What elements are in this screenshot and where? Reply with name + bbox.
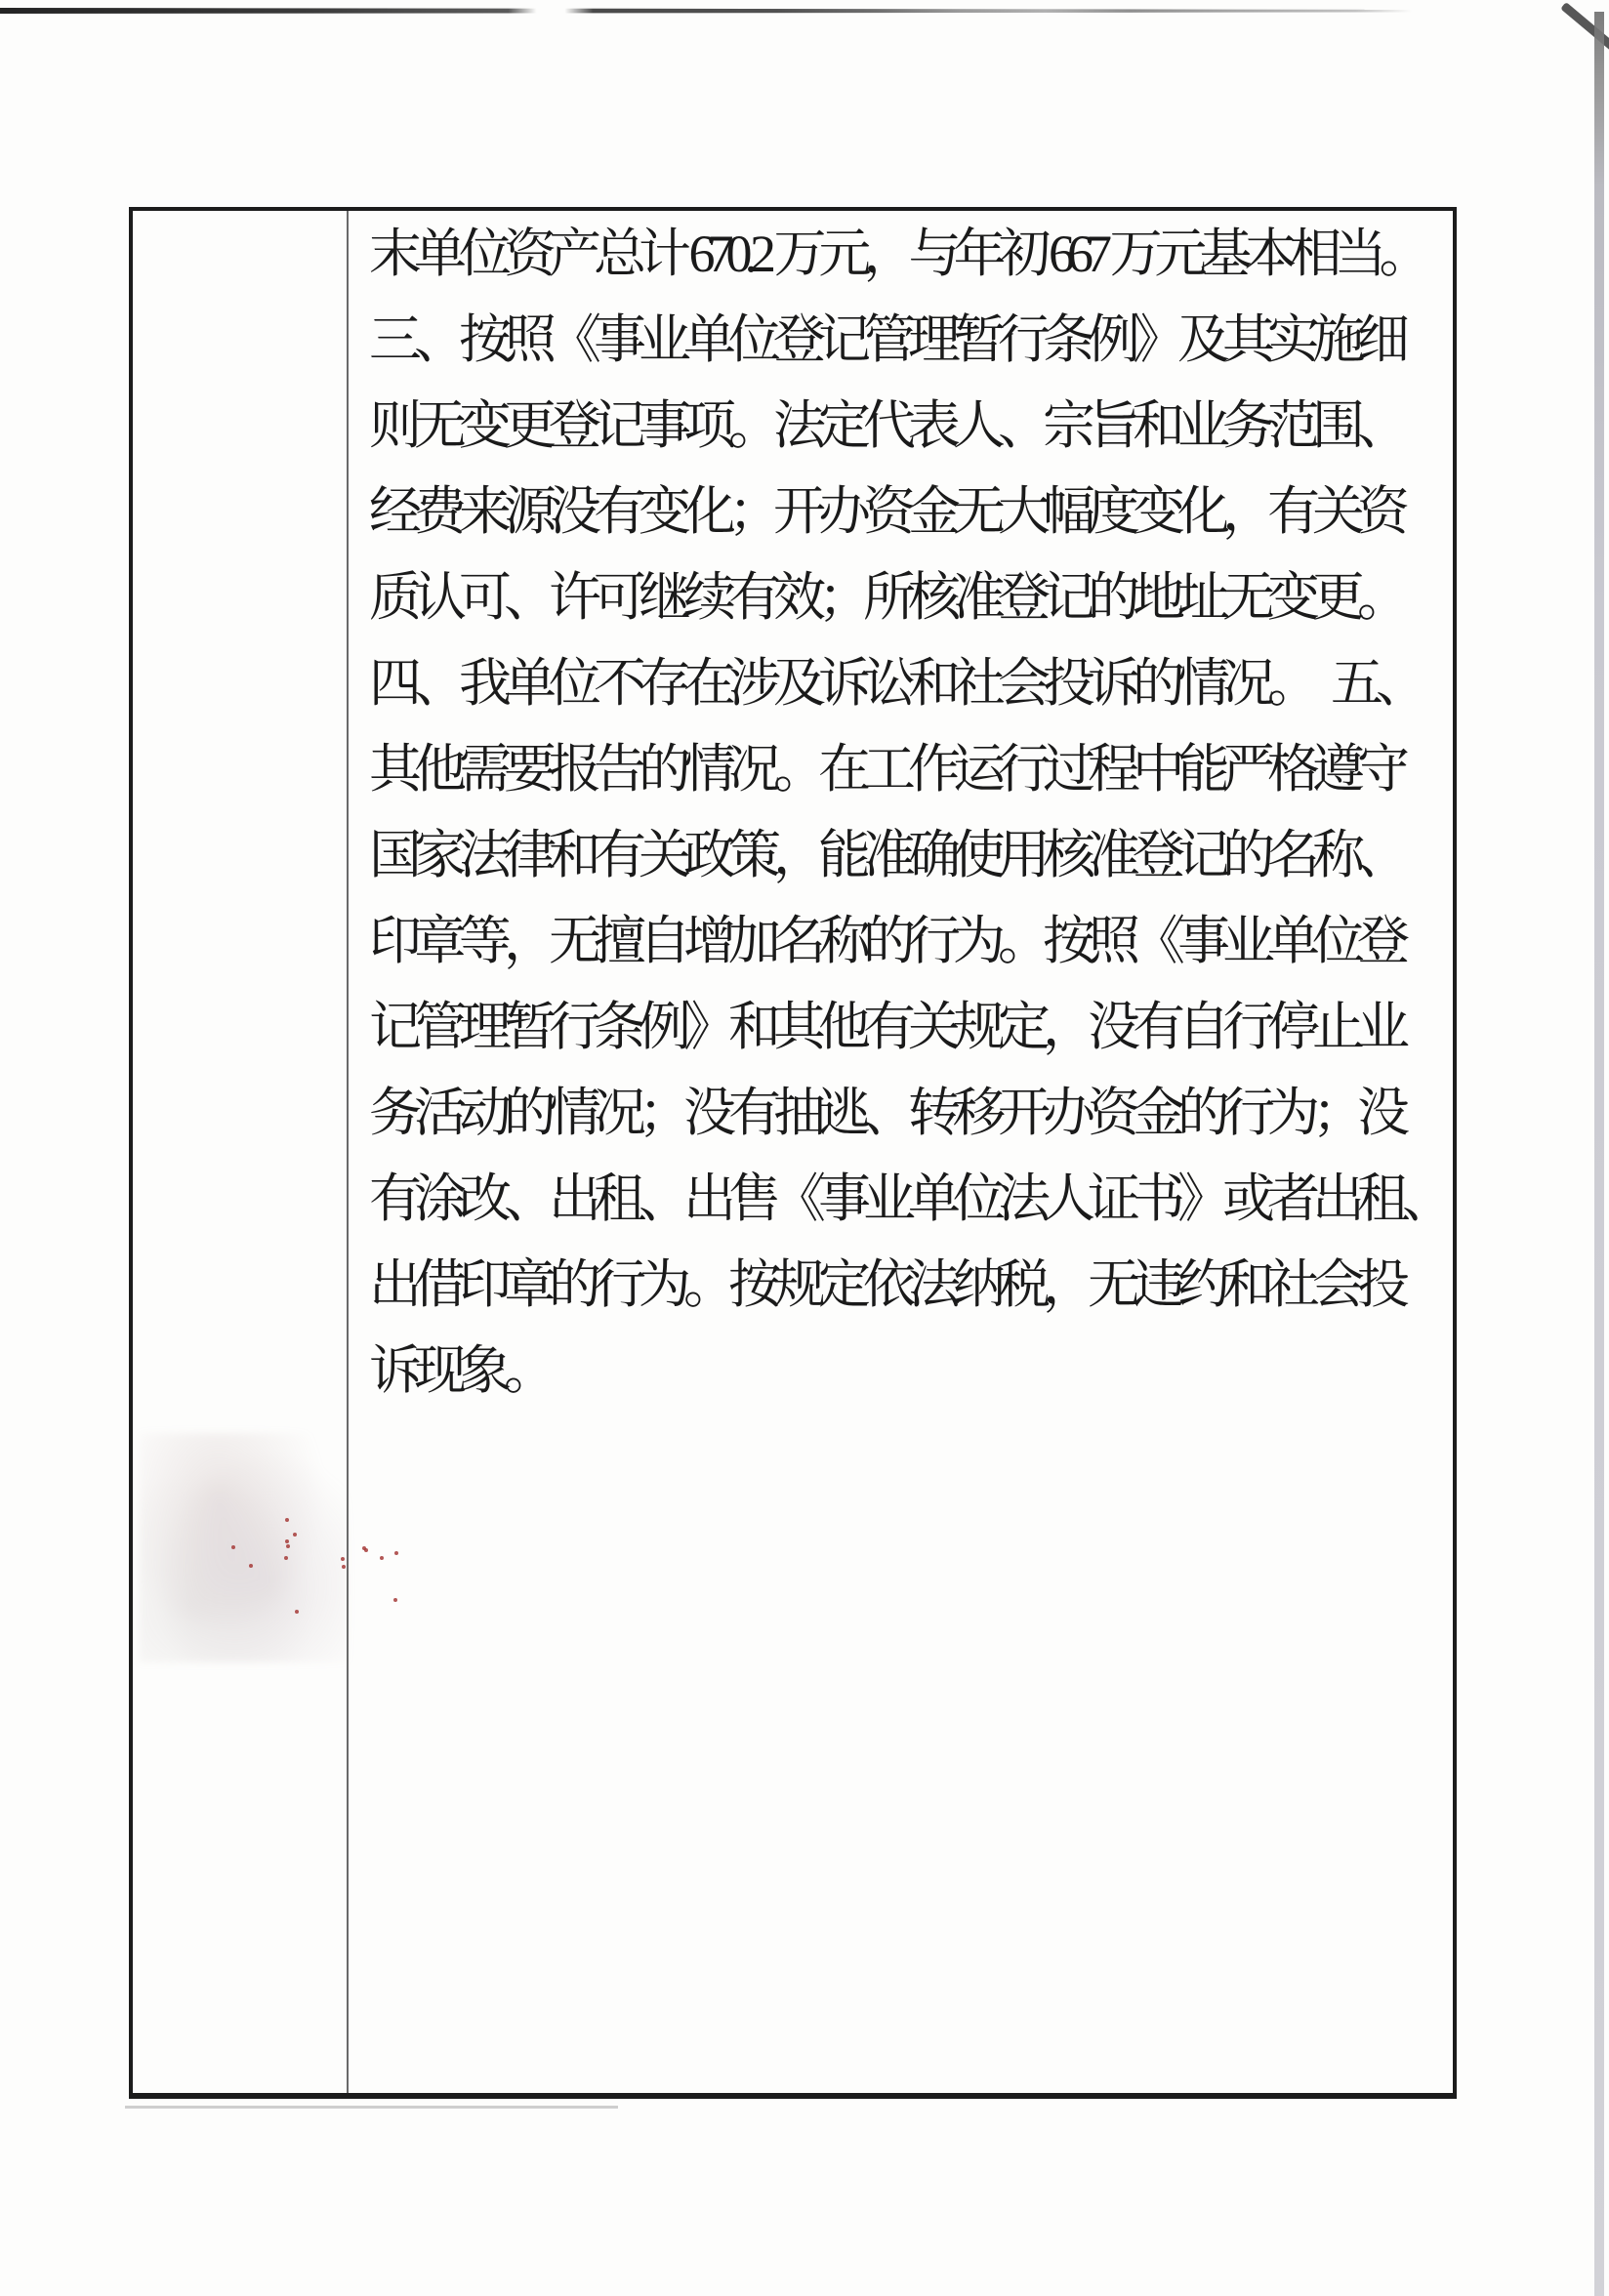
text-line: 三、按照《事业单位登记管理暂行条例》及其实施细 xyxy=(369,297,1447,383)
text-line: 其他需要报告的情况。在工作运行过程中能严格遵守 xyxy=(369,726,1447,812)
page-right-edge-shadow xyxy=(1594,12,1604,2296)
scan-top-edge-line xyxy=(0,8,1412,14)
report-form-table: 末单位资产总计 670.2 万元，与年初 667 万元基本相当。 三、按照《事业… xyxy=(129,207,1457,2099)
text-line: 印章等，无擅自增加名称的行为。按照《事业单位登 xyxy=(369,898,1447,984)
text-line: 质认可、许可继续有效；所核准登记的地址无变更。 xyxy=(369,554,1447,640)
text-line: 记管理暂行条例》和其他有关规定，没有自行停止业 xyxy=(369,984,1447,1070)
text-line: 诉现象。 xyxy=(369,1328,1447,1414)
text-line: 出借印章的行为。按规定依法纳税，无违约和社会投 xyxy=(369,1242,1447,1328)
scanned-document-page: 末单位资产总计 670.2 万元，与年初 667 万元基本相当。 三、按照《事业… xyxy=(0,0,1609,2296)
empty-label-cell xyxy=(133,211,349,2093)
text-line: 末单位资产总计 670.2 万元，与年初 667 万元基本相当。 xyxy=(369,211,1447,297)
text-line: 务活动的情况；没有抽逃、转移开办资金的行为；没 xyxy=(369,1070,1447,1156)
text-line: 有涂改、出租、出售《事业单位法人证书》或者出租、 xyxy=(369,1156,1447,1242)
text-line: 则无变更登记事项。法定代表人、宗旨和业务范围、 xyxy=(369,383,1447,469)
text-line: 经费来源没有变化；开办资金无大幅度变化，有关资 xyxy=(369,469,1447,554)
scan-bottom-ghost-line xyxy=(125,2106,618,2109)
text-line: 四、我单位不存在涉及诉讼和社会投诉的情况。 五、 xyxy=(369,640,1447,726)
text-line: 国家法律和有关政策，能准确使用核准登记的名称、 xyxy=(369,812,1447,898)
report-text-cell: 末单位资产总计 670.2 万元，与年初 667 万元基本相当。 三、按照《事业… xyxy=(349,211,1453,2093)
